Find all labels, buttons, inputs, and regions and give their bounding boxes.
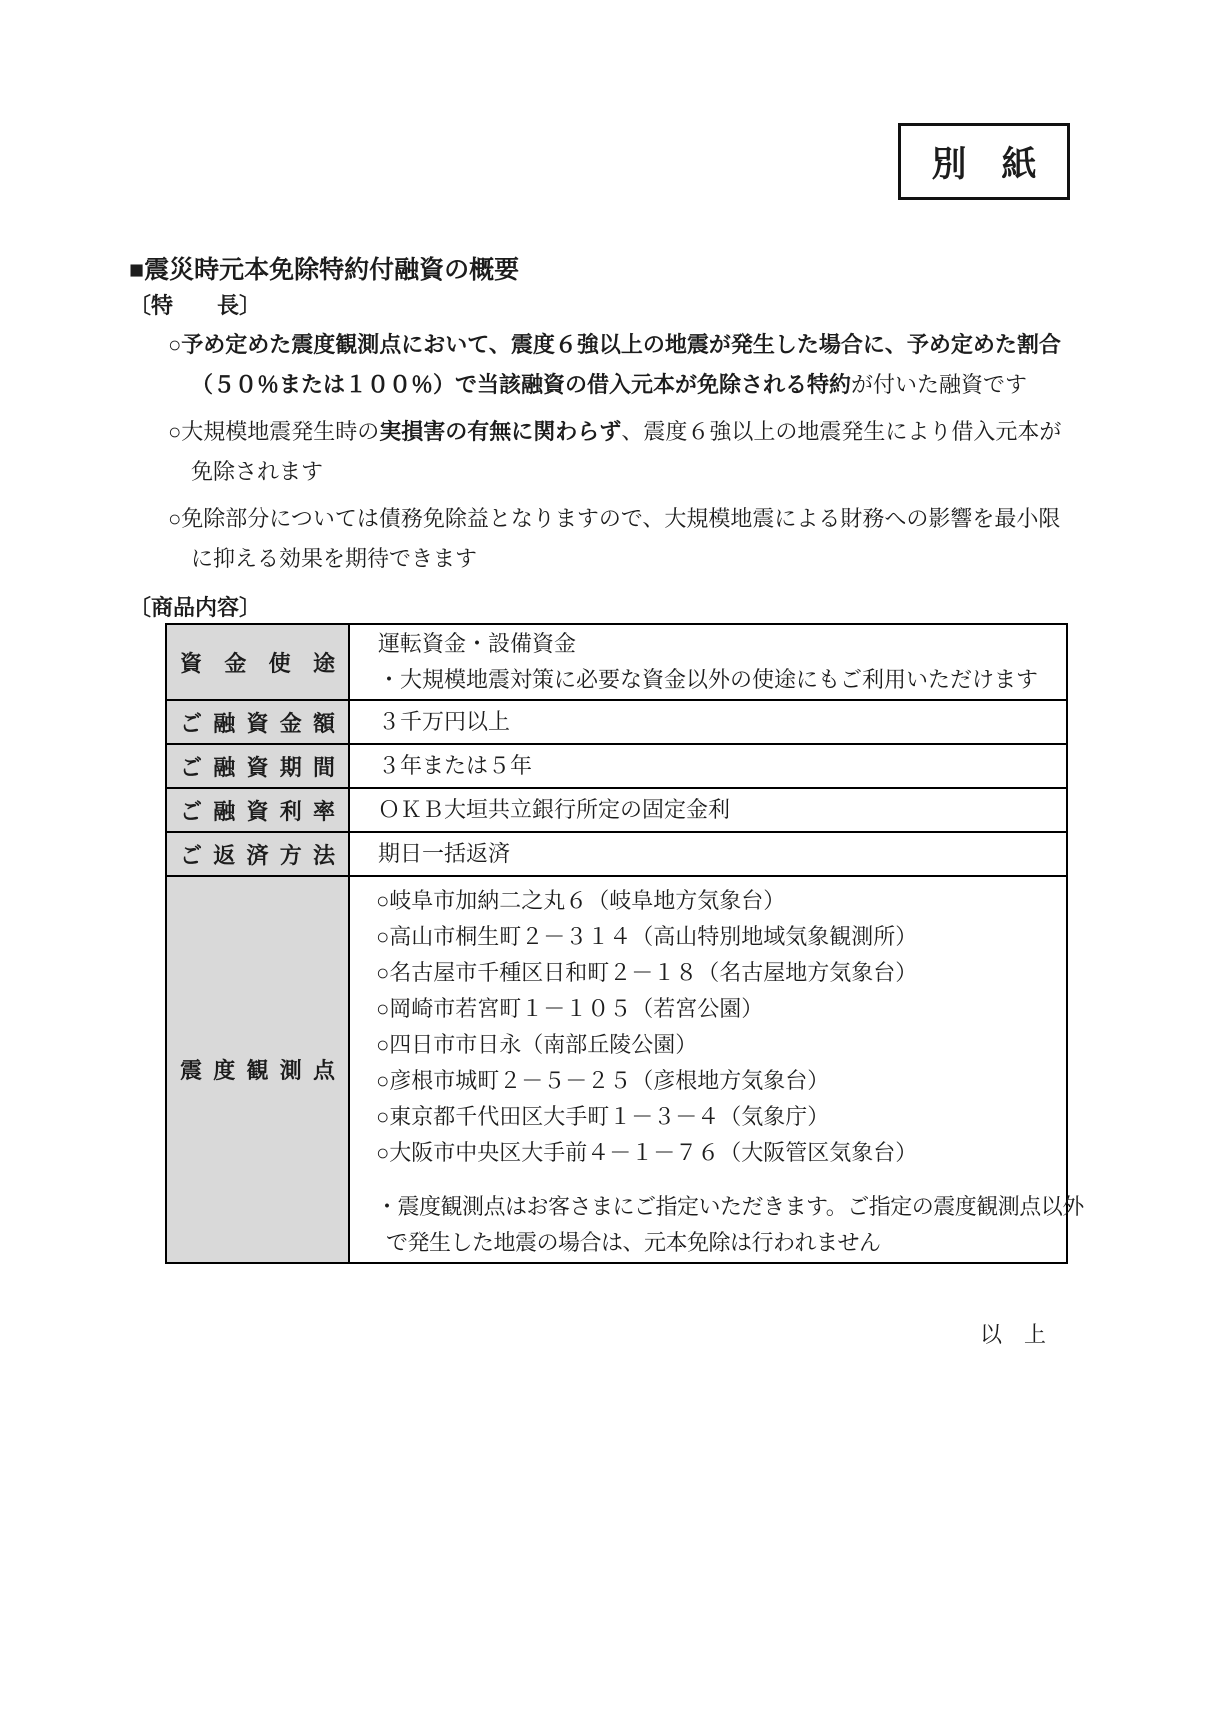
feature-1-bold-text-2: （５０％または１００％）で当該融資の借入元本が免除される特約 — [191, 372, 851, 397]
repayment-method-text: 期日一括返済 — [378, 836, 1065, 872]
attachment-tag-box: 別 紙 — [898, 123, 1070, 200]
observation-point-item: ○岐阜市加納二之丸６（岐阜地方気象台） — [376, 883, 1065, 919]
product-details-table: 資金使途 運転資金・設備資金 ・大規模地震対策に必要な資金以外の使途にもご利用い… — [165, 623, 1068, 1264]
observation-point-item: ○高山市桐生町２－３１４（高山特別地域気象観測所） — [376, 919, 1065, 955]
feature-2-regular-text: ○大規模地震発生時の — [168, 419, 379, 444]
observation-note-line-1: ・震度観測点はお客さまにご指定いただきます。ご指定の震度観測点以外 — [376, 1189, 1065, 1225]
observation-point-item: ○東京都千代田区大手町１－３－４（気象庁） — [376, 1099, 1065, 1135]
row-value-fund-usage: 運転資金・設備資金 ・大規模地震対策に必要な資金以外の使途にもご利用いただけます — [349, 624, 1067, 700]
feature-bullet-1-line-1: ○予め定めた震度観測点において、震度６強以上の地震が発生した場合に、予め定めた割… — [168, 325, 1088, 365]
loan-amount-text: ３千万円以上 — [378, 704, 1065, 740]
interest-rate-text: ＯＫＢ大垣共立銀行所定の固定金利 — [378, 792, 1065, 828]
closing-mark: 以 上 — [980, 1318, 1046, 1349]
table-row-fund-usage: 資金使途 運転資金・設備資金 ・大規模地震対策に必要な資金以外の使途にもご利用い… — [166, 624, 1067, 700]
observation-point-item: ○名古屋市千種区日和町２－１８（名古屋地方気象台） — [376, 955, 1065, 991]
feature-bullet-2: ○大規模地震発生時の実損害の有無に関わらず、震度６強以上の地震発生により借入元本… — [168, 412, 1088, 492]
row-value-interest-rate: ＯＫＢ大垣共立銀行所定の固定金利 — [349, 788, 1067, 832]
row-label-interest-rate: ご融資利率 — [166, 788, 349, 832]
product-section-heading: 〔商品内容〕 — [129, 591, 261, 622]
row-value-repayment-method: 期日一括返済 — [349, 832, 1067, 876]
table-row-loan-term: ご融資期間 ３年または５年 — [166, 744, 1067, 788]
row-label-observation-points: 震度観測点 — [166, 876, 349, 1263]
row-label-loan-amount: ご融資金額 — [166, 700, 349, 744]
table-row-loan-amount: ご融資金額 ３千万円以上 — [166, 700, 1067, 744]
table-row-repayment-method: ご返済方法 期日一括返済 — [166, 832, 1067, 876]
fund-usage-line-2: ・大規模地震対策に必要な資金以外の使途にもご利用いただけます — [378, 662, 1065, 698]
table-row-interest-rate: ご融資利率 ＯＫＢ大垣共立銀行所定の固定金利 — [166, 788, 1067, 832]
feature-2-bold-text: 実損害の有無に関わらず — [379, 419, 621, 444]
feature-2-regular-text-2: 、震度６強以上の地震発生により借入元本が — [621, 419, 1061, 444]
loan-term-text: ３年または５年 — [378, 748, 1065, 784]
observation-point-item: ○大阪市中央区大手前４－１－７６（大阪管区気象台） — [376, 1135, 1065, 1171]
feature-bullet-3: ○免除部分については債務免除益となりますので、大規模地震による財務への影響を最小… — [168, 499, 1088, 579]
document-page: 別 紙 ■震災時元本免除特約付融資の概要 〔特 長〕 ○予め定めた震度観測点にお… — [0, 0, 1210, 1713]
row-value-observation-points: ○岐阜市加納二之丸６（岐阜地方気象台） ○高山市桐生町２－３１４（高山特別地域気… — [349, 876, 1067, 1263]
observation-point-item: ○四日市市日永（南部丘陵公園） — [376, 1027, 1065, 1063]
feature-1-bold-text: ○予め定めた震度観測点において、震度６強以上の地震が発生した場合に、予め定めた割… — [168, 332, 1061, 357]
observation-point-item: ○岡崎市若宮町１－１０５（若宮公園） — [376, 991, 1065, 1027]
feature-3-regular-text: ○免除部分については債務免除益となりますので、大規模地震による財務への影響を最小… — [168, 506, 1060, 531]
observation-points-spacer — [376, 1171, 1065, 1189]
page-title: ■震災時元本免除特約付融資の概要 — [129, 250, 519, 286]
row-label-loan-term: ご融資期間 — [166, 744, 349, 788]
feature-bullet-1: ○予め定めた震度観測点において、震度６強以上の地震が発生した場合に、予め定めた割… — [168, 325, 1088, 405]
observation-note-line-2: で発生した地震の場合は、元本免除は行われません — [376, 1225, 1065, 1261]
row-label-repayment-method: ご返済方法 — [166, 832, 349, 876]
table-row-observation-points: 震度観測点 ○岐阜市加納二之丸６（岐阜地方気象台） ○高山市桐生町２－３１４（高… — [166, 876, 1067, 1263]
row-value-loan-amount: ３千万円以上 — [349, 700, 1067, 744]
features-heading: 〔特 長〕 — [129, 289, 261, 320]
feature-2-regular-text-3: 免除されます — [191, 459, 323, 484]
row-label-fund-usage: 資金使途 — [166, 624, 349, 700]
feature-bullet-3-line-1: ○免除部分については債務免除益となりますので、大規模地震による財務への影響を最小… — [168, 499, 1088, 539]
fund-usage-line-1: 運転資金・設備資金 — [378, 626, 1065, 662]
feature-bullet-2-line-1: ○大規模地震発生時の実損害の有無に関わらず、震度６強以上の地震発生により借入元本… — [168, 412, 1088, 452]
feature-bullet-1-line-2: （５０％または１００％）で当該融資の借入元本が免除される特約が付いた融資です — [168, 365, 1088, 405]
features-list: ○予め定めた震度観測点において、震度６強以上の地震が発生した場合に、予め定めた割… — [168, 325, 1088, 586]
feature-3-regular-text-2: に抑える効果を期待できます — [191, 546, 477, 571]
row-value-loan-term: ３年または５年 — [349, 744, 1067, 788]
feature-bullet-3-line-2: に抑える効果を期待できます — [168, 539, 1088, 579]
observation-point-item: ○彦根市城町２－５－２５（彦根地方気象台） — [376, 1063, 1065, 1099]
feature-bullet-2-line-2: 免除されます — [168, 452, 1088, 492]
attachment-tag-label: 別 紙 — [931, 137, 1036, 187]
feature-1-regular-text: が付いた融資です — [851, 372, 1027, 397]
